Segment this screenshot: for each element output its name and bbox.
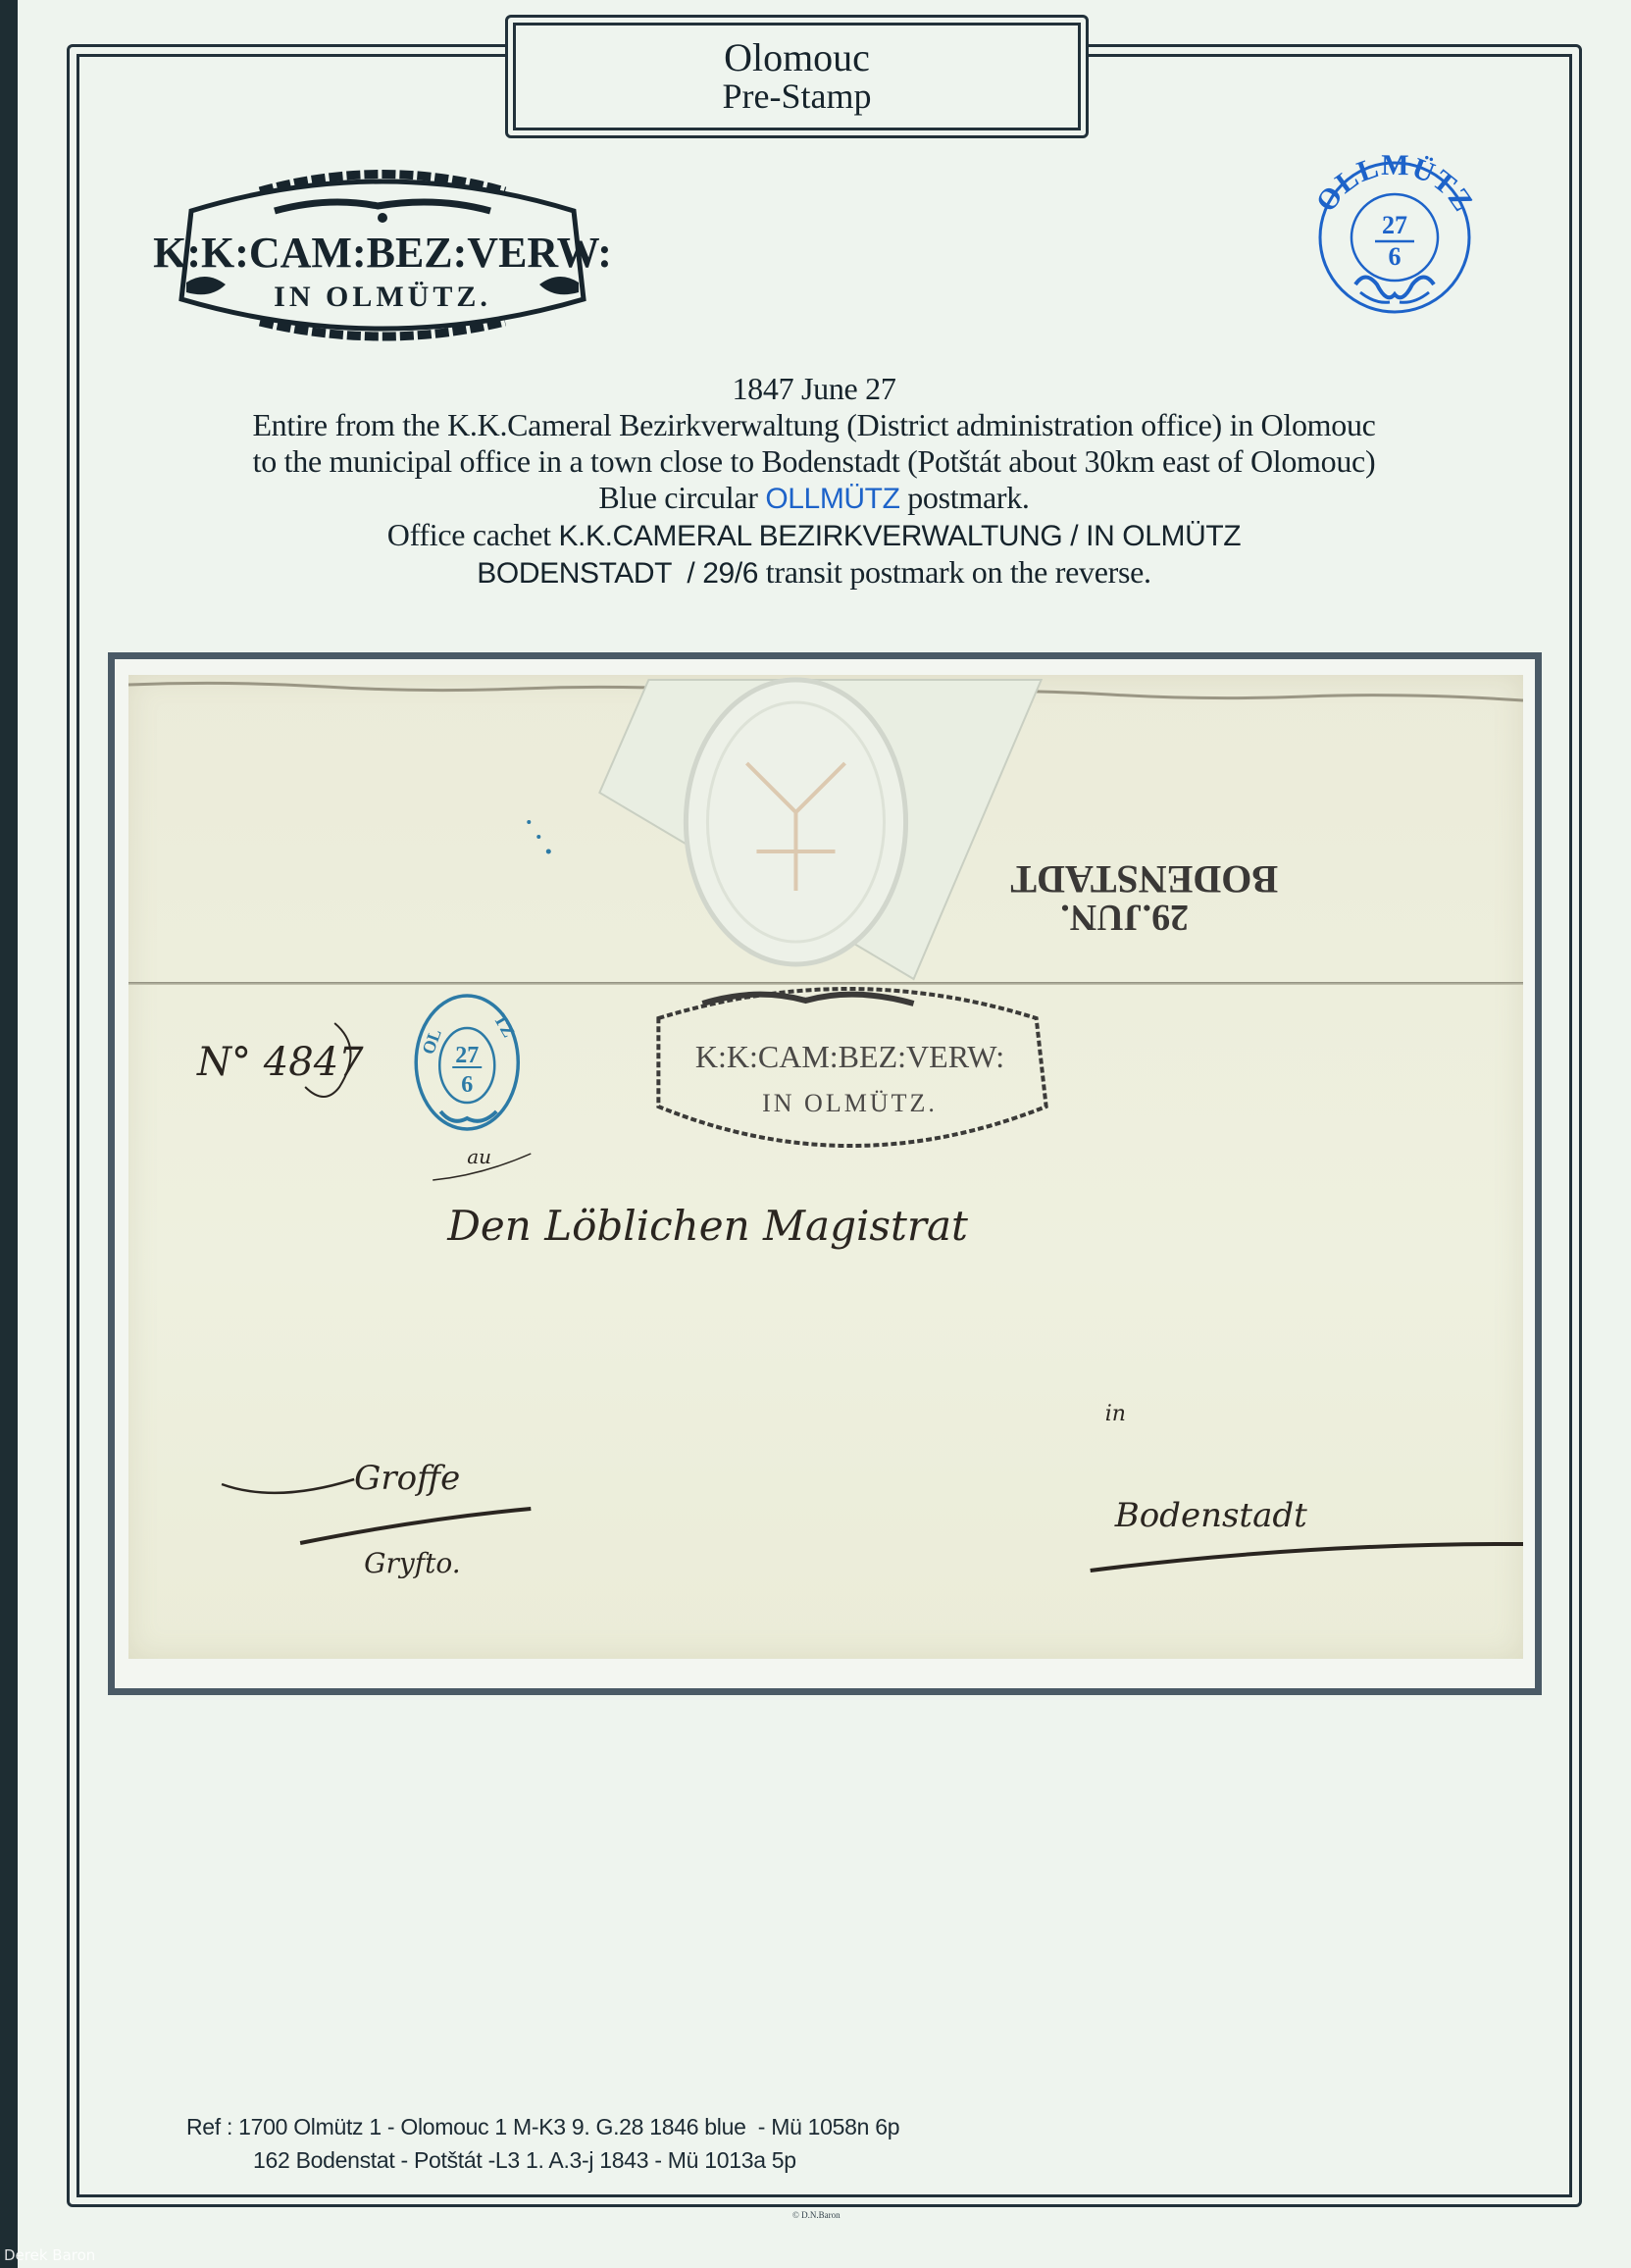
postmark-illustration: OLLMÜTZ 27 6 <box>1297 147 1493 314</box>
svg-text:K:K:CAM:BEZ:VERW:: K:K:CAM:BEZ:VERW: <box>695 1039 1004 1074</box>
cachet-line2: IN OLMÜTZ. <box>274 281 491 313</box>
svg-text:29.JUN.: 29.JUN. <box>1060 897 1189 938</box>
page-subtitle: Pre-Stamp <box>723 78 872 115</box>
cover-markings: BODENSTADT 29.JUN. N° 4847 27 6 OL TZ <box>128 675 1523 1659</box>
description-line-1: Entire from the K.K.Cameral Bezirkverwal… <box>98 407 1530 443</box>
cover-postmark: 27 6 OL TZ <box>416 996 519 1129</box>
address-in: in <box>1105 1402 1126 1426</box>
description-line-4: Office cachet K.K.CAMERAL BEZIRKVERWALTU… <box>98 517 1530 554</box>
reference-line-2: 162 Bodenstat - Potštát -L3 1. A.3-j 184… <box>186 2143 899 2177</box>
copyright-notice: © D.N.Baron <box>792 2210 841 2220</box>
postmark-note: au <box>467 1145 491 1168</box>
docket-number: N° 4847 <box>196 1040 364 1085</box>
description-line-3: Blue circular OLLMÜTZ postmark. <box>98 480 1530 517</box>
sender-signature-2: Gryfto. <box>364 1547 460 1579</box>
cover-description: 1847 June 27 Entire from the K.K.Cameral… <box>98 371 1530 592</box>
svg-text:OLLMÜTZ: OLLMÜTZ <box>1309 149 1479 218</box>
postmark-day: 27 <box>1382 211 1407 239</box>
address-line: Den Löblichen Magistrat <box>446 1202 968 1250</box>
postmark-name-highlight: OLLMÜTZ <box>765 483 899 515</box>
postmark-town: OLLMÜTZ <box>1309 149 1479 218</box>
catalogue-references: Ref : 1700 Olmütz 1 - Olomouc 1 M-K3 9. … <box>186 2110 899 2177</box>
watermark: Derek Baron <box>4 2246 95 2264</box>
cachet-name-highlight: K.K.CAMERAL BEZIRKVERWALTUNG / IN OLMÜTZ <box>558 520 1241 552</box>
sender-signature-1: Groffe <box>354 1459 460 1498</box>
scan-edge-strip <box>0 0 18 2268</box>
cachet-line1: K:K:CAM:BEZ:VERW: <box>153 229 612 277</box>
cover-image-frame: BODENSTADT 29.JUN. N° 4847 27 6 OL TZ <box>108 652 1542 1695</box>
cover-entire: BODENSTADT 29.JUN. N° 4847 27 6 OL TZ <box>128 675 1523 1659</box>
cover-date: 1847 June 27 <box>98 371 1530 407</box>
page-title: Olomouc <box>724 38 870 78</box>
postmark-month: 6 <box>1389 242 1402 271</box>
office-cachet-illustration: K:K:CAM:BEZ:VERW: IN OLMÜTZ. <box>152 157 613 353</box>
description-line-2: to the municipal office in a town close … <box>98 443 1530 480</box>
transit-mark-highlight: BODENSTADT / 29/6 <box>477 557 758 590</box>
title-box-content: Olomouc Pre-Stamp <box>513 23 1081 130</box>
bodenstadt-transit-mark: BODENSTADT 29.JUN. <box>1010 857 1278 938</box>
cover-office-cachet: K:K:CAM:BEZ:VERW: IN OLMÜTZ. <box>658 989 1045 1146</box>
svg-text:27: 27 <box>455 1043 479 1068</box>
svg-text:IN OLMÜTZ.: IN OLMÜTZ. <box>762 1089 938 1117</box>
reference-line-1: Ref : 1700 Olmütz 1 - Olomouc 1 M-K3 9. … <box>186 2110 899 2143</box>
svg-text:BODENSTADT: BODENSTADT <box>1010 857 1278 902</box>
description-line-5: BODENSTADT / 29/6 transit postmark on th… <box>98 554 1530 592</box>
svg-text:6: 6 <box>461 1072 473 1098</box>
address-town: Bodenstadt <box>1114 1496 1307 1535</box>
